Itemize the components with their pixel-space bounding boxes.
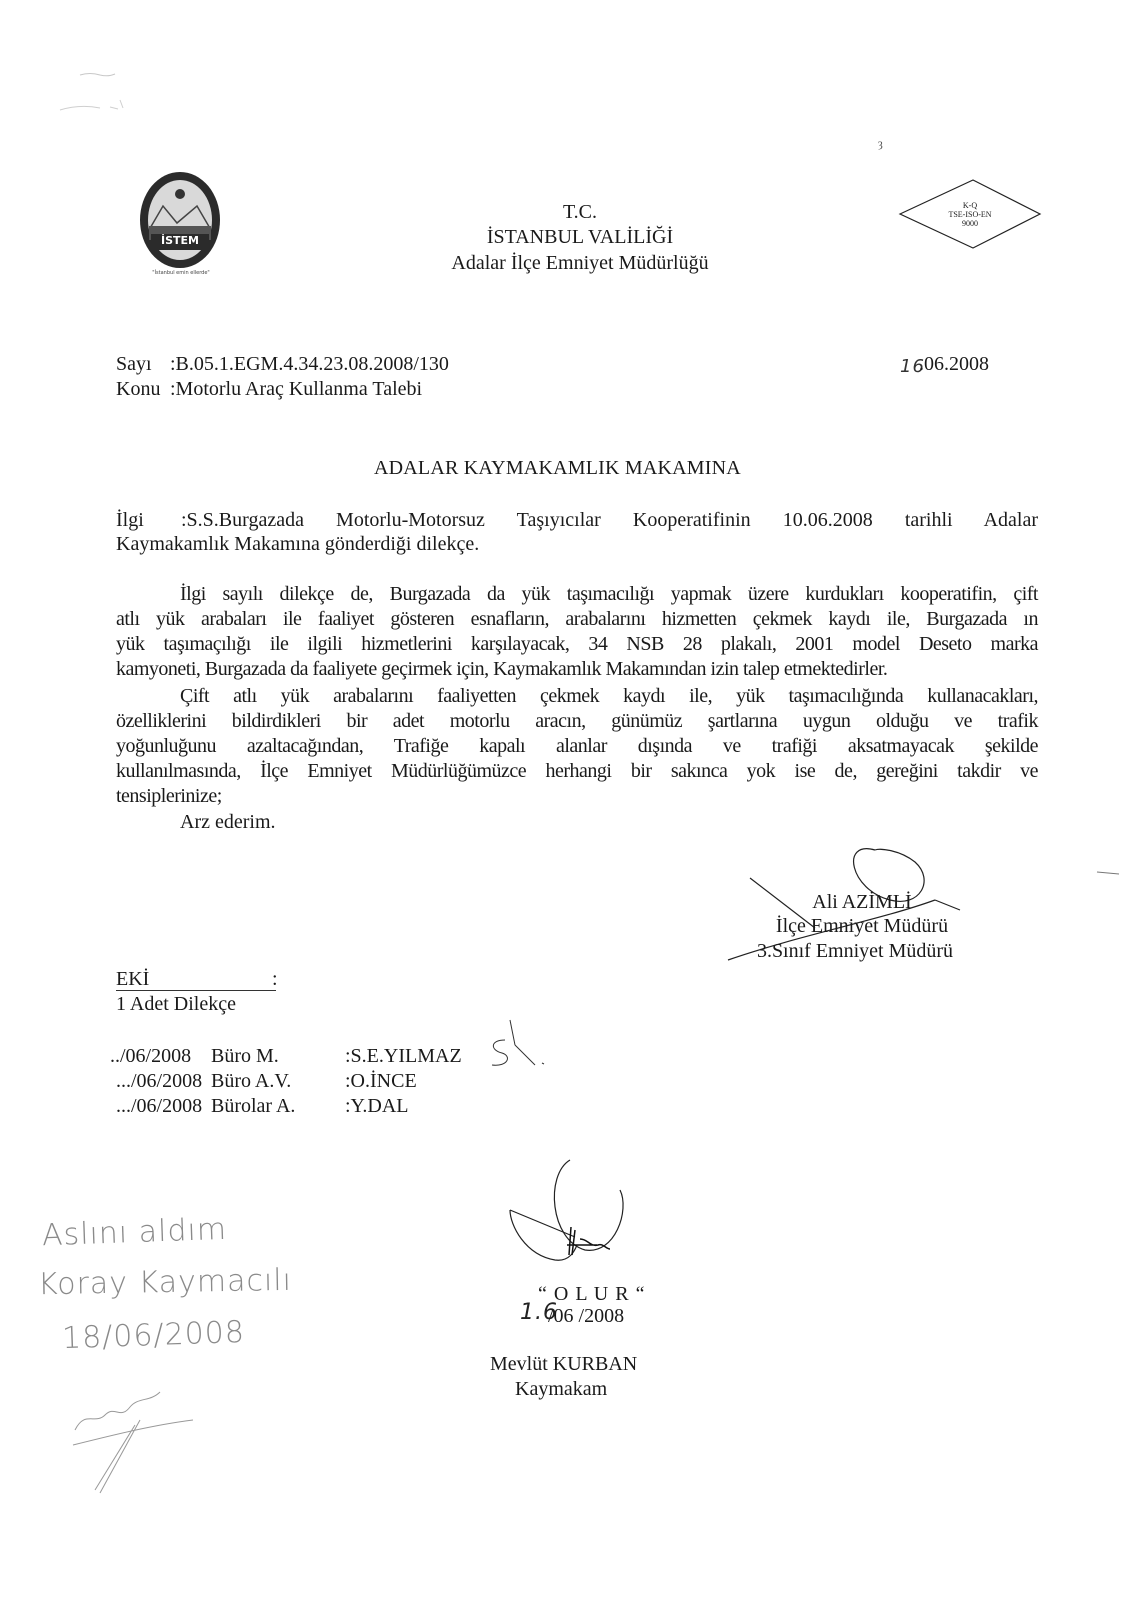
ilgi-line-2: Kaymakamlık Makamına gönderdiği dilekçe. (116, 532, 479, 556)
signatory-title: İlçe Emniyet Müdürü (762, 914, 962, 938)
attachment-item: 1 Adet Dilekçe (116, 992, 236, 1016)
body-p1-line-4: kamyoneti, Burgazada da faaliyete geçirm… (116, 657, 887, 681)
attachments-label: EKİ (116, 968, 276, 991)
konu-value: :Motorlu Araç Kullanma Talebi (170, 377, 422, 401)
attachments-colon: : (272, 967, 278, 991)
signatory-name: Ali AZİMLİ (762, 890, 962, 914)
ilgi-line-1: :S.S.Burgazada Motorlu-Motorsuz Taşıyıcı… (181, 508, 1038, 532)
handwritten-note-line-3: 18/06/2008 (61, 1315, 245, 1356)
iso-line-2: TSE-ISO-EN (898, 210, 1042, 219)
signature-kaymakam (505, 1155, 645, 1275)
routing-office-1: Büro M. (211, 1044, 279, 1068)
approver-title: Kaymakam (515, 1377, 607, 1401)
scan-artifact (50, 55, 170, 115)
ilgi-label: İlgi (116, 508, 144, 532)
body-p1-line-1: İlgi sayılı dilekçe de, Burgazada da yük… (180, 582, 1038, 606)
body-p1-line-2: atlı yük arabaları ile faaliyet gösteren… (116, 607, 1038, 631)
handwritten-note-line-1: Aslını aldım (41, 1212, 227, 1253)
body-p2-line-2: özelliklerini bildirdikleri bir adet mot… (116, 709, 1038, 733)
handwritten-note-line-2: Koray Kaymacılı (38, 1263, 293, 1302)
routing-name-3: :Y.DAL (345, 1094, 409, 1118)
iso-certification-badge: K-Q TSE-ISO-EN 9000 (898, 178, 1042, 250)
routing-date-3: .../06/2008 (116, 1094, 202, 1118)
initials-sy (480, 1015, 560, 1075)
body-p2-line-4: kullanılmasında, İlçe Emniyet Müdürlüğüm… (116, 759, 1038, 783)
routing-date-2: .../06/2008 (116, 1069, 202, 1093)
body-p1-line-3: yük taşımaçılığı ile ilgili hizmetlerini… (116, 632, 1038, 656)
body-p2-line-5: tensiplerinize; (116, 784, 222, 808)
routing-name-2: :O.İNCE (345, 1069, 417, 1093)
signatory-rank: 3.Sınıf Emniyet Müdürü (745, 939, 965, 963)
sayi-value: :B.05.1.EGM.4.34.23.08.2008/130 (170, 352, 449, 376)
document-date: .06.2008 (919, 352, 989, 376)
addressee: ADALAR KAYMAKAMLIK MAKAMINA (374, 456, 741, 480)
closing: Arz ederim. (180, 810, 276, 834)
header-department: Adalar İlçe Emniyet Müdürlüğü (0, 251, 1131, 275)
approval-date: /06 /2008 (548, 1304, 624, 1328)
iso-line-3: 9000 (898, 219, 1042, 228)
routing-office-2: Büro A.V. (211, 1069, 291, 1093)
scan-artifact-right (1095, 868, 1125, 878)
iso-line-1: K-Q (898, 201, 1042, 210)
approver-name: Mevlüt KURBAN (490, 1352, 637, 1376)
sayi-label: Sayı (116, 352, 152, 376)
konu-label: Konu (116, 377, 160, 401)
routing-office-3: Bürolar A. (211, 1094, 295, 1118)
scan-artifact-top-right: ȝ (878, 136, 883, 151)
handwritten-signature (55, 1385, 255, 1495)
body-p2-line-3: yoğunluğunu azaltacağından, Trafiğe kapa… (116, 734, 1038, 758)
routing-date-1: ../06/2008 (110, 1044, 191, 1068)
body-p2-line-1: Çift atlı yük arabalarını faaliyetten çe… (180, 684, 1038, 708)
routing-name-1: :S.E.YILMAZ (345, 1044, 462, 1068)
